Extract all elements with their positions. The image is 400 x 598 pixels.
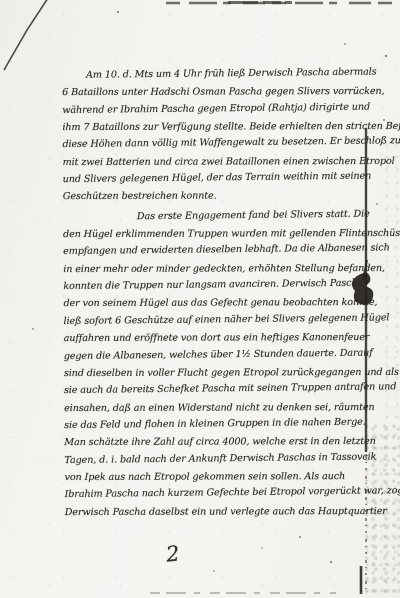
handwritten-line: empfangen und erwiderten dieselben lebha… bbox=[63, 243, 367, 264]
handwritten-line: Geschützen bestreichen konnte. bbox=[63, 190, 367, 208]
handwritten-line: während er Ibrahim Pascha gegen Etropol … bbox=[62, 101, 366, 122]
manuscript-scan-page: Am 10. d. Mts um 4 Uhr früh ließ Derwisc… bbox=[0, 0, 400, 598]
handwritten-text-block: Am 10. d. Mts um 4 Uhr früh ließ Derwisc… bbox=[62, 68, 369, 524]
handwritten-line: sie das Feld und flohen in kleinen Grupp… bbox=[64, 416, 368, 437]
handwritten-line: Derwisch Pascha daselbst ein und verlegt… bbox=[65, 506, 369, 524]
page-number: 2 bbox=[165, 541, 181, 566]
handwritten-line: sie auch da bereits Schefket Pascha mit … bbox=[64, 382, 368, 403]
handwritten-line: Am 10. d. Mts um 4 Uhr früh ließ Derwisc… bbox=[62, 67, 366, 88]
handwritten-line: Das erste Engagement fand bei Slivers st… bbox=[63, 208, 367, 229]
handwritten-line: und Slivers gelegenen Hügel, der das Ter… bbox=[63, 171, 367, 192]
handwritten-line: konnten die Truppen nur langsam avancire… bbox=[63, 278, 367, 299]
handwritten-line: Ibrahim Pascha nach kurzem Gefechte bei … bbox=[65, 486, 369, 507]
corner-fold-line bbox=[4, 0, 48, 70]
handwritten-line: diese Höhen dann völlig mit Waffengewalt… bbox=[62, 136, 366, 157]
handwritten-line: ließ sofort 6 Geschütze auf einen näher … bbox=[63, 312, 367, 333]
handwritten-line: Tagen, d. i. bald nach der Ankunft Derwi… bbox=[64, 451, 368, 472]
handwritten-line: gegen die Albanesen, welches über 1½ Stu… bbox=[64, 347, 368, 368]
